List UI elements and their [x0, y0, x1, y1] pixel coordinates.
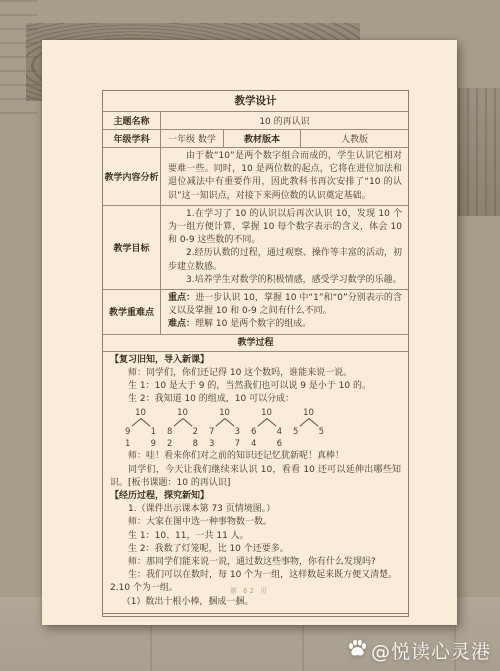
process-line: 师：哇！看来你们对之前的知识还记忆犹新呢！真棒！ — [110, 450, 401, 463]
process-line: （1）数出十根小棒，捆成一捆。 — [110, 596, 401, 609]
number-bond-tree: 109119 — [122, 408, 159, 449]
section-heading: 【经历过程，探究新知】 — [110, 490, 401, 503]
goal-item: 1.在学习了 10 的认识以后再次认识 10，发现 10 个为一组方便计算，掌握… — [168, 208, 402, 248]
grade-row: 年级学科 一年级 数学 教材版本 人教版 — [103, 130, 408, 148]
edition-value: 人教版 — [300, 130, 408, 147]
goals-label: 教学目标 — [103, 206, 160, 289]
goals-content: 1.在学习了 10 的认识以后再次认识 10，发现 10 个为一组方便计算，掌握… — [160, 206, 408, 289]
process-content: 【复习旧知，导入新课】师：同学们，你们还记得 10 这个数吗，谁能来说一说。生 … — [103, 352, 408, 613]
difficulty-line: 难点：理解 10 是两个数字的组成。 — [168, 318, 402, 331]
grade-label: 年级学科 — [103, 130, 160, 147]
process-header-row: 教学过程 — [103, 335, 408, 352]
analysis-row: 教学内容分析 由于数“10”是两个数字组合而成的，学生认识它相对要难一些。同时，… — [103, 148, 408, 206]
process-line: 师：大家在图中选一种事物数一数。 — [110, 516, 401, 529]
number-bond-tree: 1055 — [290, 408, 327, 449]
goal-item: 3.培养学生对数学的积极情感，感受学习数学的乐趣。 — [168, 274, 402, 287]
wood-grain-patch — [0, 0, 38, 120]
process-line: 生 2：我数了灯笼呢，比 10 个还要多。 — [110, 543, 401, 556]
keypoints-row: 教学重难点 重点：进一步认识 10，掌握 10 中“1”和“0”分别表示的含义以… — [103, 290, 408, 335]
analysis-text: 由于数“10”是两个数字组合而成的，学生认识它相对要难一些。同时，10 是两位数… — [168, 150, 402, 203]
lesson-plan-table: 教学设计 主题名称 10 的再认识 年级学科 一年级 数学 教材版本 人教版 教… — [102, 90, 409, 617]
keypoint-line: 重点：进一步认识 10，掌握 10 中“1”和“0”分别表示的含义以及掌握 10… — [168, 292, 402, 318]
section-heading: 【复习旧知，导入新课】 — [110, 354, 401, 367]
wood-grain-patch — [458, 88, 500, 216]
analysis-content: 由于数“10”是两个数字组合而成的，学生认识它相对要难一些。同时，10 是两位数… — [160, 148, 408, 205]
watermark-text: @悦读心灵港 — [371, 637, 491, 664]
topic-value: 10 的再认识 — [160, 112, 408, 129]
goal-item: 2.经历认数的过程，通过观察、操作等丰富的活动，初步建立数感。 — [168, 247, 402, 273]
keypoint-prefix: 重点： — [168, 293, 195, 303]
keypoints-label: 教学重难点 — [103, 290, 160, 334]
number-bond-tree: 108228 — [164, 408, 201, 449]
difficulty-prefix: 难点： — [168, 319, 195, 329]
process-line: 生 1：10 是大于 9 的，当然我们也可以说 9 是小于 10 的。 — [110, 380, 401, 393]
topic-label: 主题名称 — [103, 112, 160, 129]
keypoint-text: 进一步认识 10，掌握 10 中“1”和“0”分别表示的含义以及掌握 10 和 … — [168, 293, 402, 316]
analysis-label: 教学内容分析 — [103, 148, 160, 205]
document-title: 教学设计 — [103, 91, 408, 111]
page-number: 第 62 页 — [42, 586, 457, 596]
grade-value: 一年级 数学 — [160, 130, 223, 147]
process-line: 师：那同学们能来说一说，通过数这些事物，你有什么发现吗? — [110, 556, 401, 569]
process-line: 生 1：10、11，一共 11 人。 — [110, 530, 401, 543]
process-content-row: 【复习旧知，导入新课】师：同学们，你们还记得 10 这个数吗，谁能来说一说。生 … — [103, 352, 408, 614]
number-bond-tree: 106446 — [248, 408, 285, 449]
title-row: 教学设计 — [103, 91, 408, 112]
paw-icon — [347, 638, 368, 664]
process-line: 师：同学们，你们还记得 10 这个数吗，谁能来说一说。 — [110, 367, 401, 380]
number-decomposition-diagram: 1091191082281073371064461055 — [122, 408, 401, 449]
keypoints-content: 重点：进一步认识 10，掌握 10 中“1”和“0”分别表示的含义以及掌握 10… — [160, 290, 408, 334]
lesson-plan-document: 教学设计 主题名称 10 的再认识 年级学科 一年级 数学 教材版本 人教版 教… — [42, 40, 457, 625]
process-header: 教学过程 — [103, 335, 408, 351]
edition-label: 教材版本 — [223, 130, 300, 147]
watermark: @悦读心灵港 — [347, 637, 491, 664]
number-bond-tree: 107337 — [206, 408, 243, 449]
difficulty-text: 理解 10 是两个数字的组成。 — [195, 319, 311, 329]
process-line: 生 2：我知道 10 的组成，10 可以分成： — [110, 393, 401, 406]
process-line: 1.（课件出示课本第 73 页情境图。） — [110, 503, 401, 516]
topic-row: 主题名称 10 的再认识 — [103, 112, 408, 130]
goals-row: 教学目标 1.在学习了 10 的认识以后再次认识 10，发现 10 个为一组方便… — [103, 206, 408, 290]
process-line: 同学们，今天让我们继续来认识 10，看看 10 还可以延伸出哪些知识。[板书课题… — [110, 464, 401, 490]
process-line: 生：我们可以在数时，每 10 个为一组，这样数起来既方便又清楚。 — [110, 569, 401, 582]
